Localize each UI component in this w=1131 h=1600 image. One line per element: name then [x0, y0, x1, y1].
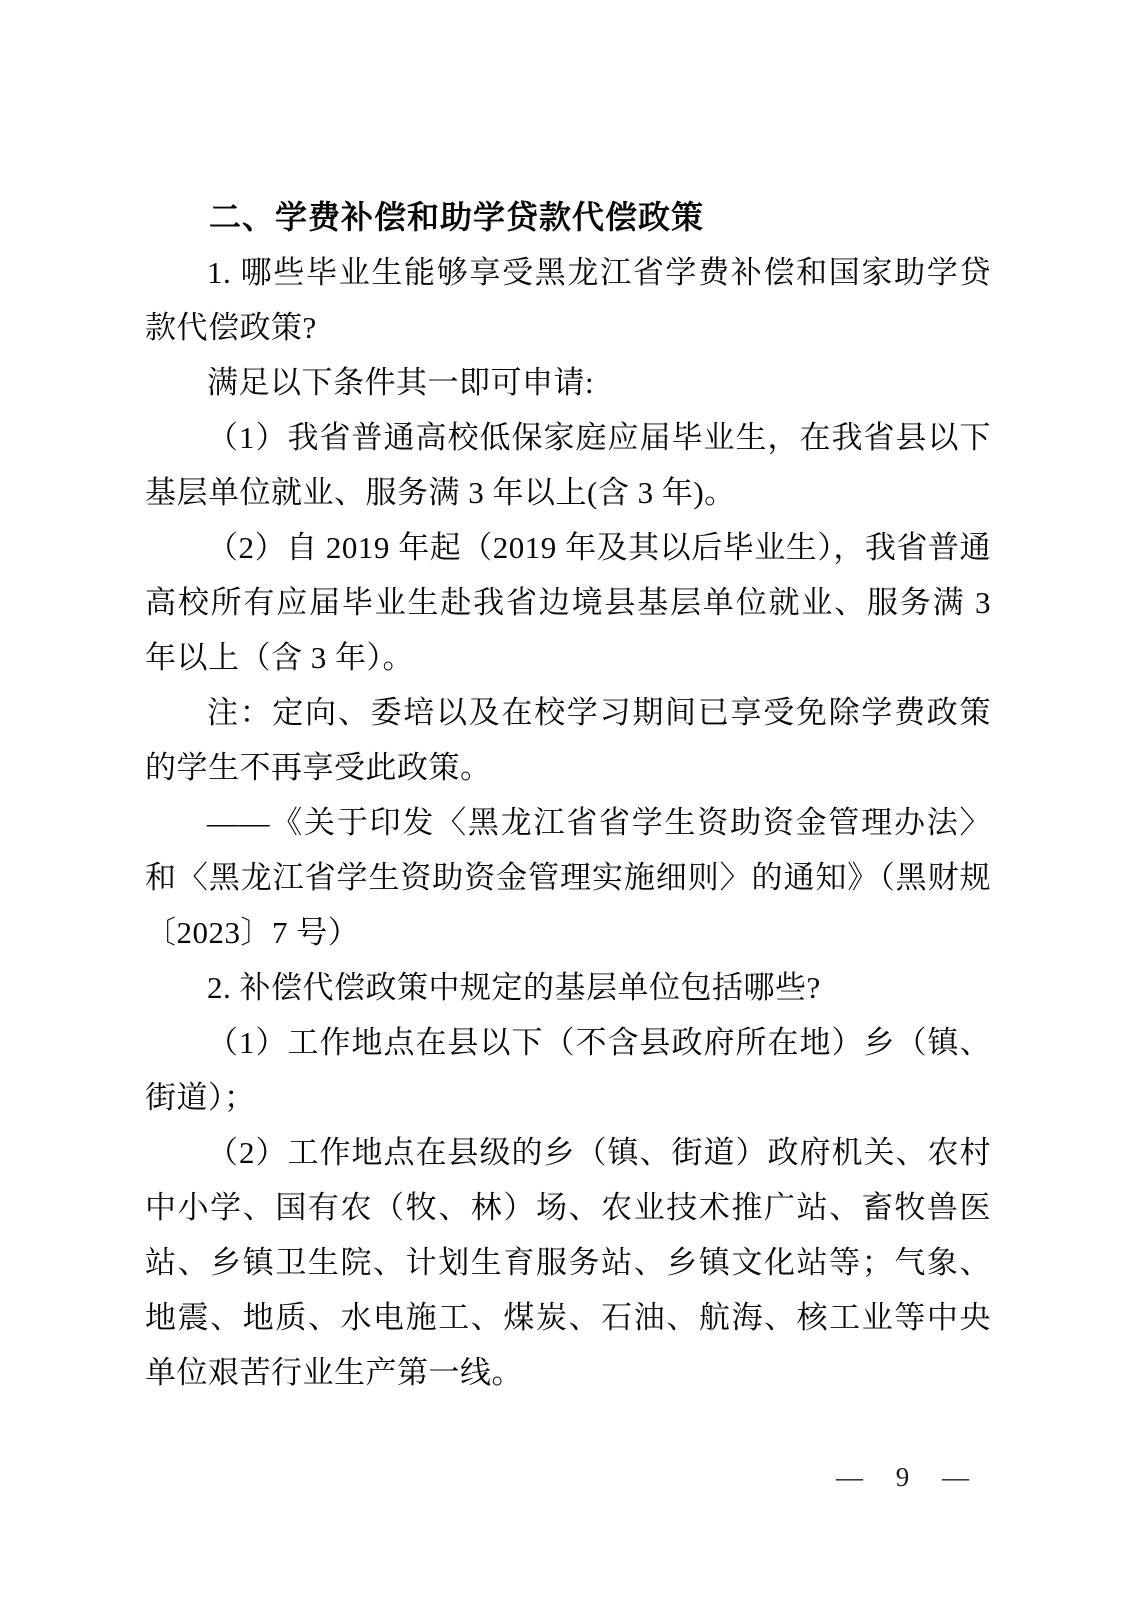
section-heading: 二、学费补偿和助学贷款代偿政策: [145, 190, 991, 245]
paragraph-citation: ——《关于印发〈黑龙江省省学生资助资金管理办法〉和〈黑龙江省学生资助资金管理实施…: [145, 795, 991, 960]
paragraph-answer2-item-1: （1）工作地点在县以下（不含县政府所在地）乡（镇、街道）；: [145, 1015, 991, 1125]
paragraph-note: 注：定向、委培以及在校学习期间已享受免除学费政策的学生不再享受此政策。: [145, 685, 991, 795]
paragraph-condition-1: （1）我省普通高校低保家庭应届毕业生，在我省县以下基层单位就业、服务满 3 年以…: [145, 410, 991, 520]
document-page: 二、学费补偿和助学贷款代偿政策 1. 哪些毕业生能够享受黑龙江省学费补偿和国家助…: [0, 0, 1131, 1600]
paragraph-question-2: 2. 补偿代偿政策中规定的基层单位包括哪些?: [145, 960, 991, 1015]
paragraph-conditions-intro: 满足以下条件其一即可申请:: [145, 355, 991, 410]
document-content: 二、学费补偿和助学贷款代偿政策 1. 哪些毕业生能够享受黑龙江省学费补偿和国家助…: [145, 190, 991, 1400]
paragraph-answer2-item-2: （2）工作地点在县级的乡（镇、街道）政府机关、农村中小学、国有农（牧、林）场、农…: [145, 1125, 991, 1400]
paragraph-condition-2: （2）自 2019 年起（2019 年及其以后毕业生），我省普通高校所有应届毕业…: [145, 520, 991, 685]
paragraph-question-1: 1. 哪些毕业生能够享受黑龙江省学费补偿和国家助学贷款代偿政策?: [145, 245, 991, 355]
page-number: — 9 —: [836, 1462, 971, 1493]
